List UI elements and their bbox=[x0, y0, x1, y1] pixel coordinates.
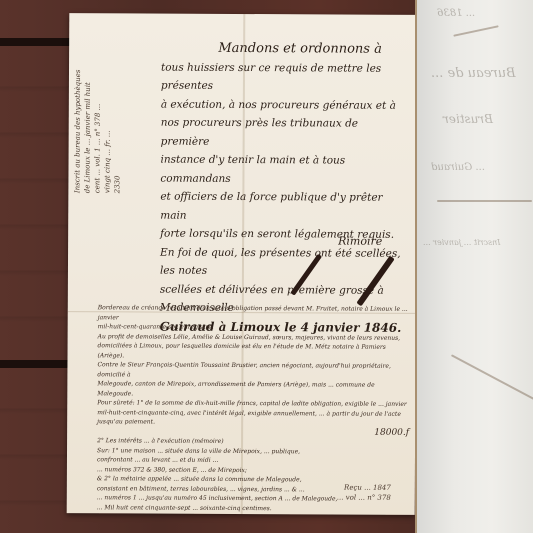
footer-line: Reçu ... 1847 bbox=[337, 482, 391, 492]
mandate-line: instance d'y tenir la main et à tous com… bbox=[160, 151, 408, 189]
bordereau-line: ... Mil huit cent cinquante-sept ... soi… bbox=[97, 503, 409, 514]
mandate-line: à exécution, à nos procureurs généraux e… bbox=[161, 95, 409, 115]
ghost-text: Inscrit ... janvier ... bbox=[423, 238, 500, 247]
margin-line: 2330 bbox=[112, 23, 123, 193]
ghost-stroke bbox=[437, 200, 532, 202]
bordereau-line: Malegoude, canton de Mirepoix, arrondiss… bbox=[97, 379, 409, 400]
footer-note: Reçu ... 1847 ... vol ... n° 378 bbox=[337, 482, 391, 502]
ghost-text: Brustier bbox=[443, 112, 493, 126]
signature: Rimoire bbox=[338, 235, 382, 248]
handwritten-document: Inscrit au bureau des hypothèques de Lim… bbox=[67, 13, 418, 515]
mandate-line: tous huissiers sur ce requis de mettre l… bbox=[161, 58, 409, 96]
plank-gap bbox=[0, 38, 80, 46]
ghost-stroke bbox=[453, 25, 498, 37]
bordereau-line: Contre le Sieur François-Quentin Toussai… bbox=[97, 360, 409, 381]
mandate-line: En foi de quoi, les présentes ont été sc… bbox=[160, 243, 408, 281]
mandate-line: et officiers de la force publique d'y pr… bbox=[160, 188, 408, 226]
bordereau-line: domiciliées à Limoux, pour lesquelles do… bbox=[97, 341, 409, 362]
ghost-stroke bbox=[451, 354, 533, 407]
ghost-text: Bureau de ... bbox=[431, 66, 516, 81]
bordereau-line: Bordereau de créance résultant d'un acte… bbox=[98, 303, 410, 324]
ghost-text: ... Guiraud bbox=[431, 162, 485, 173]
footer-line: ... vol ... n° 378 bbox=[337, 492, 391, 502]
margin-registration-note: Inscrit au bureau des hypothèques de Lim… bbox=[72, 23, 163, 193]
mandate-line: nos procureurs près les tribunaux de pre… bbox=[161, 114, 409, 152]
mandate-text: Mandons et ordonnons à tous huissiers su… bbox=[160, 40, 410, 337]
mandate-heading: Mandons et ordonnons à bbox=[191, 40, 409, 60]
margin-line: vingt cinq ... fr. ... bbox=[102, 23, 113, 193]
register-page: ... 1836 Bureau de ... Brustier ... Guir… bbox=[415, 0, 533, 533]
ghost-text: ... 1836 bbox=[437, 8, 475, 19]
